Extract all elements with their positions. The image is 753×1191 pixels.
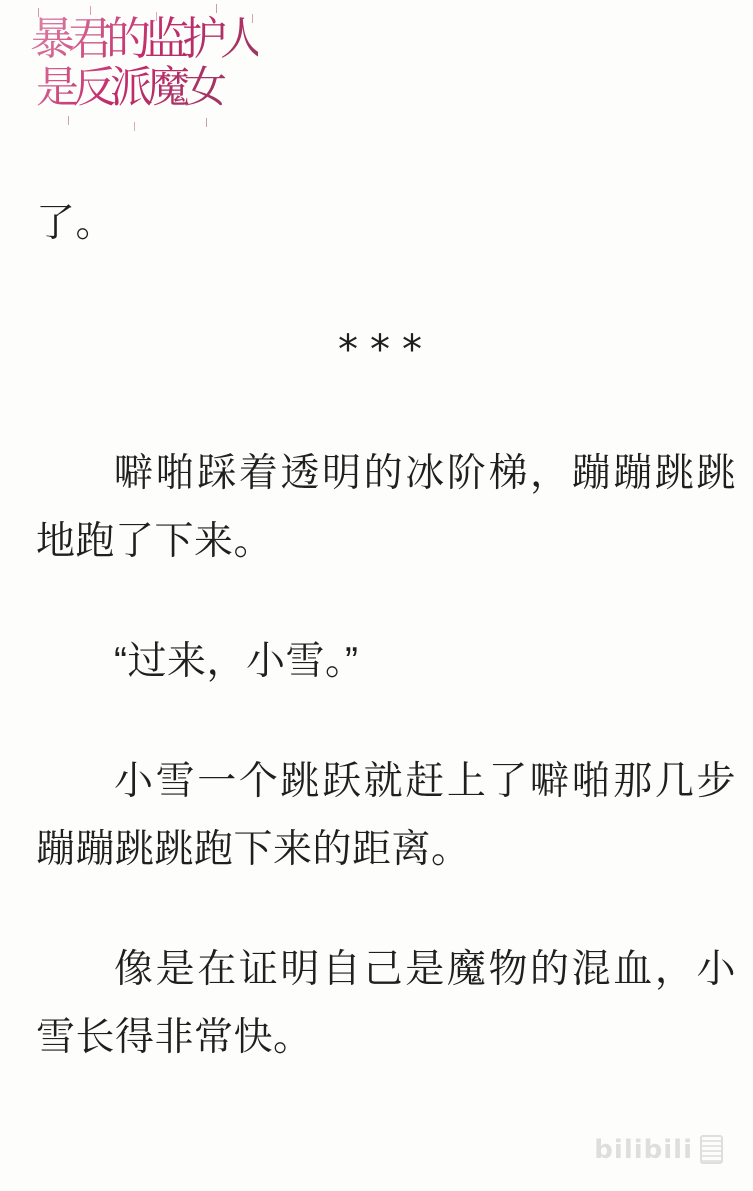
paragraph: 噼啪踩着透明的冰阶梯，蹦蹦跳跳地跑了下来。 [36,440,736,576]
bilibili-seal-icon [700,1135,723,1164]
scene-separator: *** [36,316,736,384]
bilibili-watermark: bilibili [594,1135,723,1164]
chapter-text: 了。 *** 噼啪踩着透明的冰阶梯，蹦蹦跳跳地跑了下来。 “过来，小雪。” 小雪… [36,190,736,1124]
series-title-line-1: 暴君的监护人 [30,14,258,64]
paragraph: 小雪一个跳跃就赶上了噼啪那几步蹦蹦跳跳跑下来的距离。 [36,748,736,884]
bilibili-wordmark: bilibili [594,1137,693,1163]
paragraph: 像是在证明自己是魔物的混血，小雪长得非常快。 [36,936,736,1072]
paragraph-dialogue: “过来，小雪。” [36,628,736,696]
sparkle-ticks-decoration [38,8,39,17]
series-title-logo: 暴君的监护人 是反派魔女 [30,14,258,113]
series-title-line-2: 是反派魔女 [30,64,258,112]
paragraph-continuation: 了。 [36,190,736,258]
novel-reader-page: 暴君的监护人 是反派魔女 了。 *** 噼啪踩着透明的冰阶梯，蹦蹦跳跳地跑了下来… [0,0,753,1191]
